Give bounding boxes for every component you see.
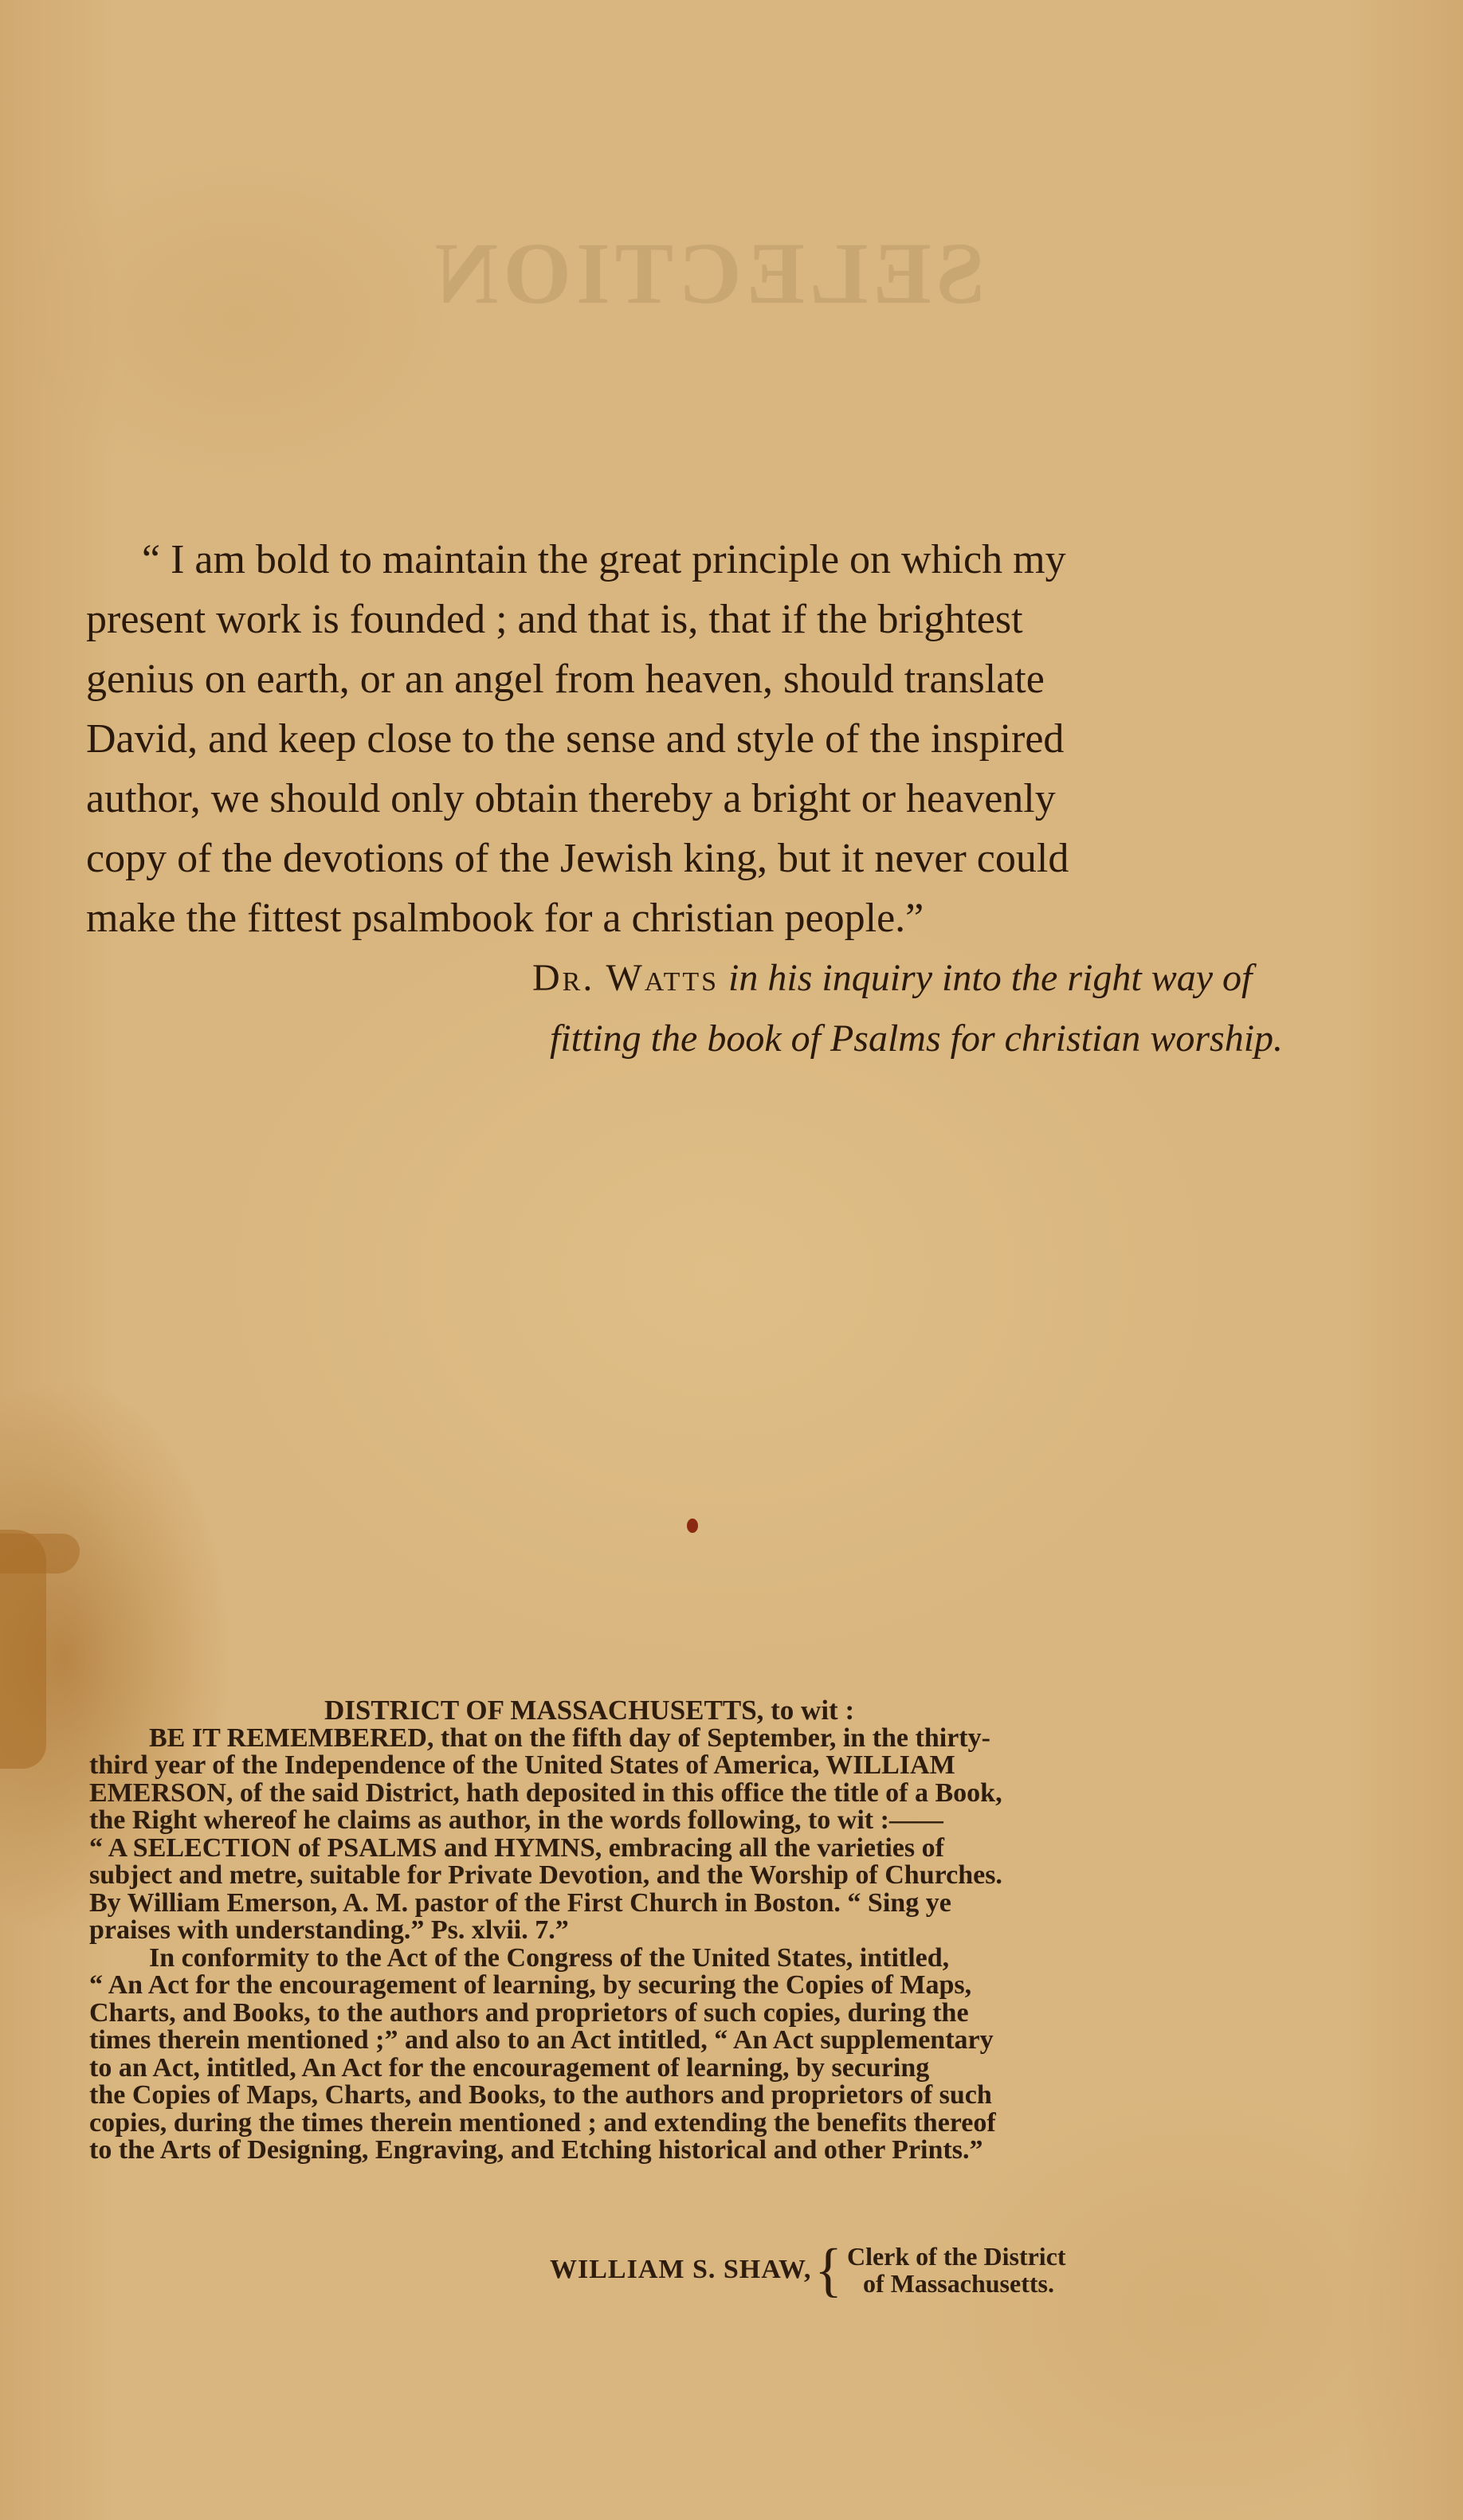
notice-line: to the Arts of Designing, Engraving, and…: [89, 2137, 1269, 2165]
epigraph-line: copy of the devotions of the Jewish king…: [86, 829, 1329, 888]
notice-line: “ A SELECTION of PSALMS and HYMNS, embra…: [89, 1835, 1269, 1863]
notice-heading: DISTRICT OF MASSACHUSETTS, to wit :: [89, 1697, 1269, 1725]
notice-line: the Right whereof he claims as author, i…: [89, 1807, 1269, 1835]
epigraph-line: genius on earth, or an angel from heaven…: [86, 649, 1329, 709]
clerk-signature: WILLIAM S. SHAW, { Clerk of the District…: [550, 2243, 1066, 2297]
epigraph-line: make the fittest psalmbook for a christi…: [86, 888, 1329, 948]
notice-line: times therein mentioned ;” and also to a…: [89, 2027, 1269, 2055]
notice-line: praises with understanding.” Ps. xlvii. …: [89, 1917, 1269, 1945]
notice-line: the Copies of Maps, Charts, and Books, t…: [89, 2082, 1269, 2110]
signature-title-line2: of Massachusetts.: [847, 2270, 1066, 2297]
notice-line: copies, during the times therein mention…: [89, 2110, 1269, 2138]
epigraph-quote: “ I am bold to maintain the great princi…: [86, 530, 1329, 948]
epigraph-line: David, and keep close to the sense and s…: [86, 709, 1329, 769]
copyright-notice: DISTRICT OF MASSACHUSETTS, to wit : BE I…: [89, 1697, 1269, 2165]
attribution-author: Dr. Watts: [532, 957, 719, 999]
notice-line: to an Act, intitled, An Act for the enco…: [89, 2055, 1269, 2083]
notice-line: third year of the Independence of the Un…: [89, 1752, 1269, 1780]
notice-line: subject and metre, suitable for Private …: [89, 1862, 1269, 1890]
notice-line: BE IT REMEMBERED, that on the fifth day …: [89, 1725, 1269, 1753]
notice-line: By William Emerson, A. M. pastor of the …: [89, 1890, 1269, 1918]
attribution-text-line2: fitting the book of Psalms for christian…: [532, 1009, 1345, 1069]
signature-name: WILLIAM S. SHAW,: [550, 2255, 811, 2285]
epigraph-line: present work is founded ; and that is, t…: [86, 590, 1329, 649]
scanned-book-page: SELECTION “ I am bold to maintain the gr…: [0, 0, 1463, 2520]
notice-line: EMERSON, of the said District, hath depo…: [89, 1780, 1269, 1808]
epigraph-line: author, we should only obtain thereby a …: [86, 769, 1329, 829]
ink-spot: [687, 1519, 698, 1533]
water-stain-top: [0, 1534, 80, 1574]
bleed-through-text: SELECTION: [430, 223, 985, 324]
notice-line: “ An Act for the encouragement of learni…: [89, 1972, 1269, 2000]
epigraph-line: “ I am bold to maintain the great princi…: [86, 530, 1329, 590]
attribution-text: in his inquiry into the right way of: [719, 957, 1252, 999]
brace-glyph: {: [814, 2245, 842, 2295]
signature-title: Clerk of the District of Massachusetts.: [847, 2243, 1066, 2297]
notice-line: Charts, and Books, to the authors and pr…: [89, 2000, 1269, 2028]
signature-title-line1: Clerk of the District: [847, 2243, 1066, 2270]
notice-line: In conformity to the Act of the Congress…: [89, 1945, 1269, 1973]
epigraph-attribution: Dr. Watts in his inquiry into the right …: [532, 948, 1345, 1069]
